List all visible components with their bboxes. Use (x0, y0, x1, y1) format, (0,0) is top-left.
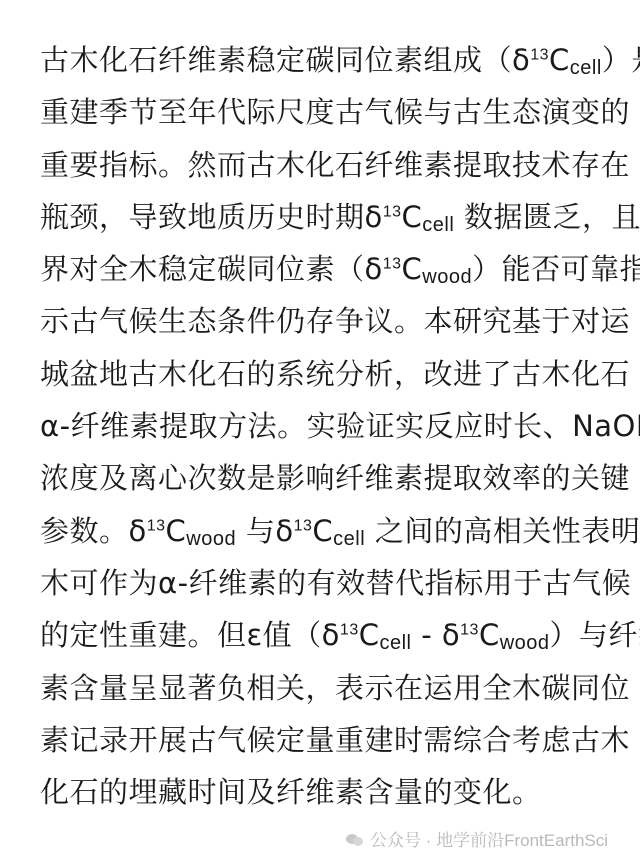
superscript: 13 (294, 517, 313, 534)
text-run: 素含量呈显著负相关，表示在运用全木碳同位 (40, 671, 630, 705)
subscript: wood (186, 528, 236, 550)
text-run: C (549, 43, 570, 77)
watermark: 公众号 · 地学前沿FrontEarthSci (346, 826, 608, 851)
text-line: 化石的埋藏时间及纤维素含量的变化。 (40, 766, 630, 818)
subscript: wood (500, 632, 550, 654)
text-line: 古木化石纤维素稳定碳同位素组成（δ13Ccell）是 (40, 34, 630, 86)
wechat-icon (346, 833, 364, 847)
text-line: 界对全木稳定碳同位素（δ13Cwood）能否可靠指 (40, 243, 630, 295)
text-line: α-纤维素提取方法。实验证实反应时长、NaOH (40, 400, 630, 452)
text-run: ）与纤维 (550, 618, 640, 652)
text-run: C (359, 618, 380, 652)
text-run: 浓度及离心次数是影响纤维素提取效率的关键 (40, 461, 630, 495)
subscript: wood (422, 266, 472, 288)
superscript: 13 (383, 203, 402, 220)
text-run: α-纤维素提取方法。实验证实反应时长、NaOH (40, 409, 640, 443)
text-run: 重建季节至年代际尺度古气候与古生态演变的 (40, 95, 630, 129)
text-run: ）能否可靠指 (472, 252, 640, 286)
text-line: 瓶颈，导致地质历史时期δ13Ccell 数据匮乏，且学 (40, 191, 630, 243)
text-run: 示古气候生态条件仍存争议。本研究基于对运 (40, 304, 630, 338)
text-line: 浓度及离心次数是影响纤维素提取效率的关键 (40, 452, 630, 504)
text-run: C (166, 514, 187, 548)
watermark-text: 公众号 · 地学前沿FrontEarthSci (370, 831, 608, 850)
text-run: 瓶颈，导致地质历史时期δ (40, 200, 383, 234)
text-run: 之间的高相关性表明全 (365, 514, 640, 548)
text-run: - δ (411, 618, 460, 652)
text-run: C (312, 514, 333, 548)
text-run: 化石的埋藏时间及纤维素含量的变化。 (40, 775, 542, 809)
text-run: 参数。δ (40, 514, 147, 548)
text-run: ）是 (602, 43, 640, 77)
text-line: 素含量呈显著负相关，表示在运用全木碳同位 (40, 662, 630, 714)
text-run: 的定性重建。但ε值（δ (40, 618, 340, 652)
text-run: C (479, 618, 500, 652)
text-run: 木可作为α-纤维素的有效替代指标用于古气候 (40, 566, 631, 600)
subscript: cell (422, 214, 454, 236)
text-line: 参数。δ13Cwood 与δ13Ccell 之间的高相关性表明全 (40, 505, 630, 557)
text-line: 素记录开展古气候定量重建时需综合考虑古木 (40, 714, 630, 766)
superscript: 13 (340, 622, 359, 639)
text-run: 数据匮乏，且学 (454, 200, 640, 234)
text-run: 城盆地古木化石的系统分析，改进了古木化石 (40, 357, 630, 391)
superscript: 13 (147, 517, 166, 534)
subscript: cell (333, 528, 365, 550)
text-line: 重建季节至年代际尺度古气候与古生态演变的 (40, 86, 630, 138)
text-run: 古木化石纤维素稳定碳同位素组成（δ (40, 43, 530, 77)
subscript: cell (570, 57, 602, 79)
subscript: cell (379, 632, 411, 654)
superscript: 13 (530, 46, 549, 63)
text-run: 素记录开展古气候定量重建时需综合考虑古木 (40, 723, 630, 757)
text-run: C (402, 200, 423, 234)
superscript: 13 (460, 622, 479, 639)
text-line: 示古气候生态条件仍存争议。本研究基于对运 (40, 295, 630, 347)
text-run: 界对全木稳定碳同位素（δ (40, 252, 383, 286)
text-run: C (402, 252, 423, 286)
text-run: 与δ (236, 514, 293, 548)
superscript: 13 (383, 256, 402, 273)
text-line: 城盆地古木化石的系统分析，改进了古木化石 (40, 348, 630, 400)
text-line: 木可作为α-纤维素的有效替代指标用于古气候 (40, 557, 630, 609)
abstract-paragraph: 古木化石纤维素稳定碳同位素组成（δ13Ccell）是重建季节至年代际尺度古气候与… (40, 34, 630, 818)
text-line: 的定性重建。但ε值（δ13Ccell - δ13Cwood）与纤维 (40, 609, 630, 661)
text-line: 重要指标。然而古木化石纤维素提取技术存在 (40, 139, 630, 191)
text-run: 重要指标。然而古木化石纤维素提取技术存在 (40, 148, 630, 182)
